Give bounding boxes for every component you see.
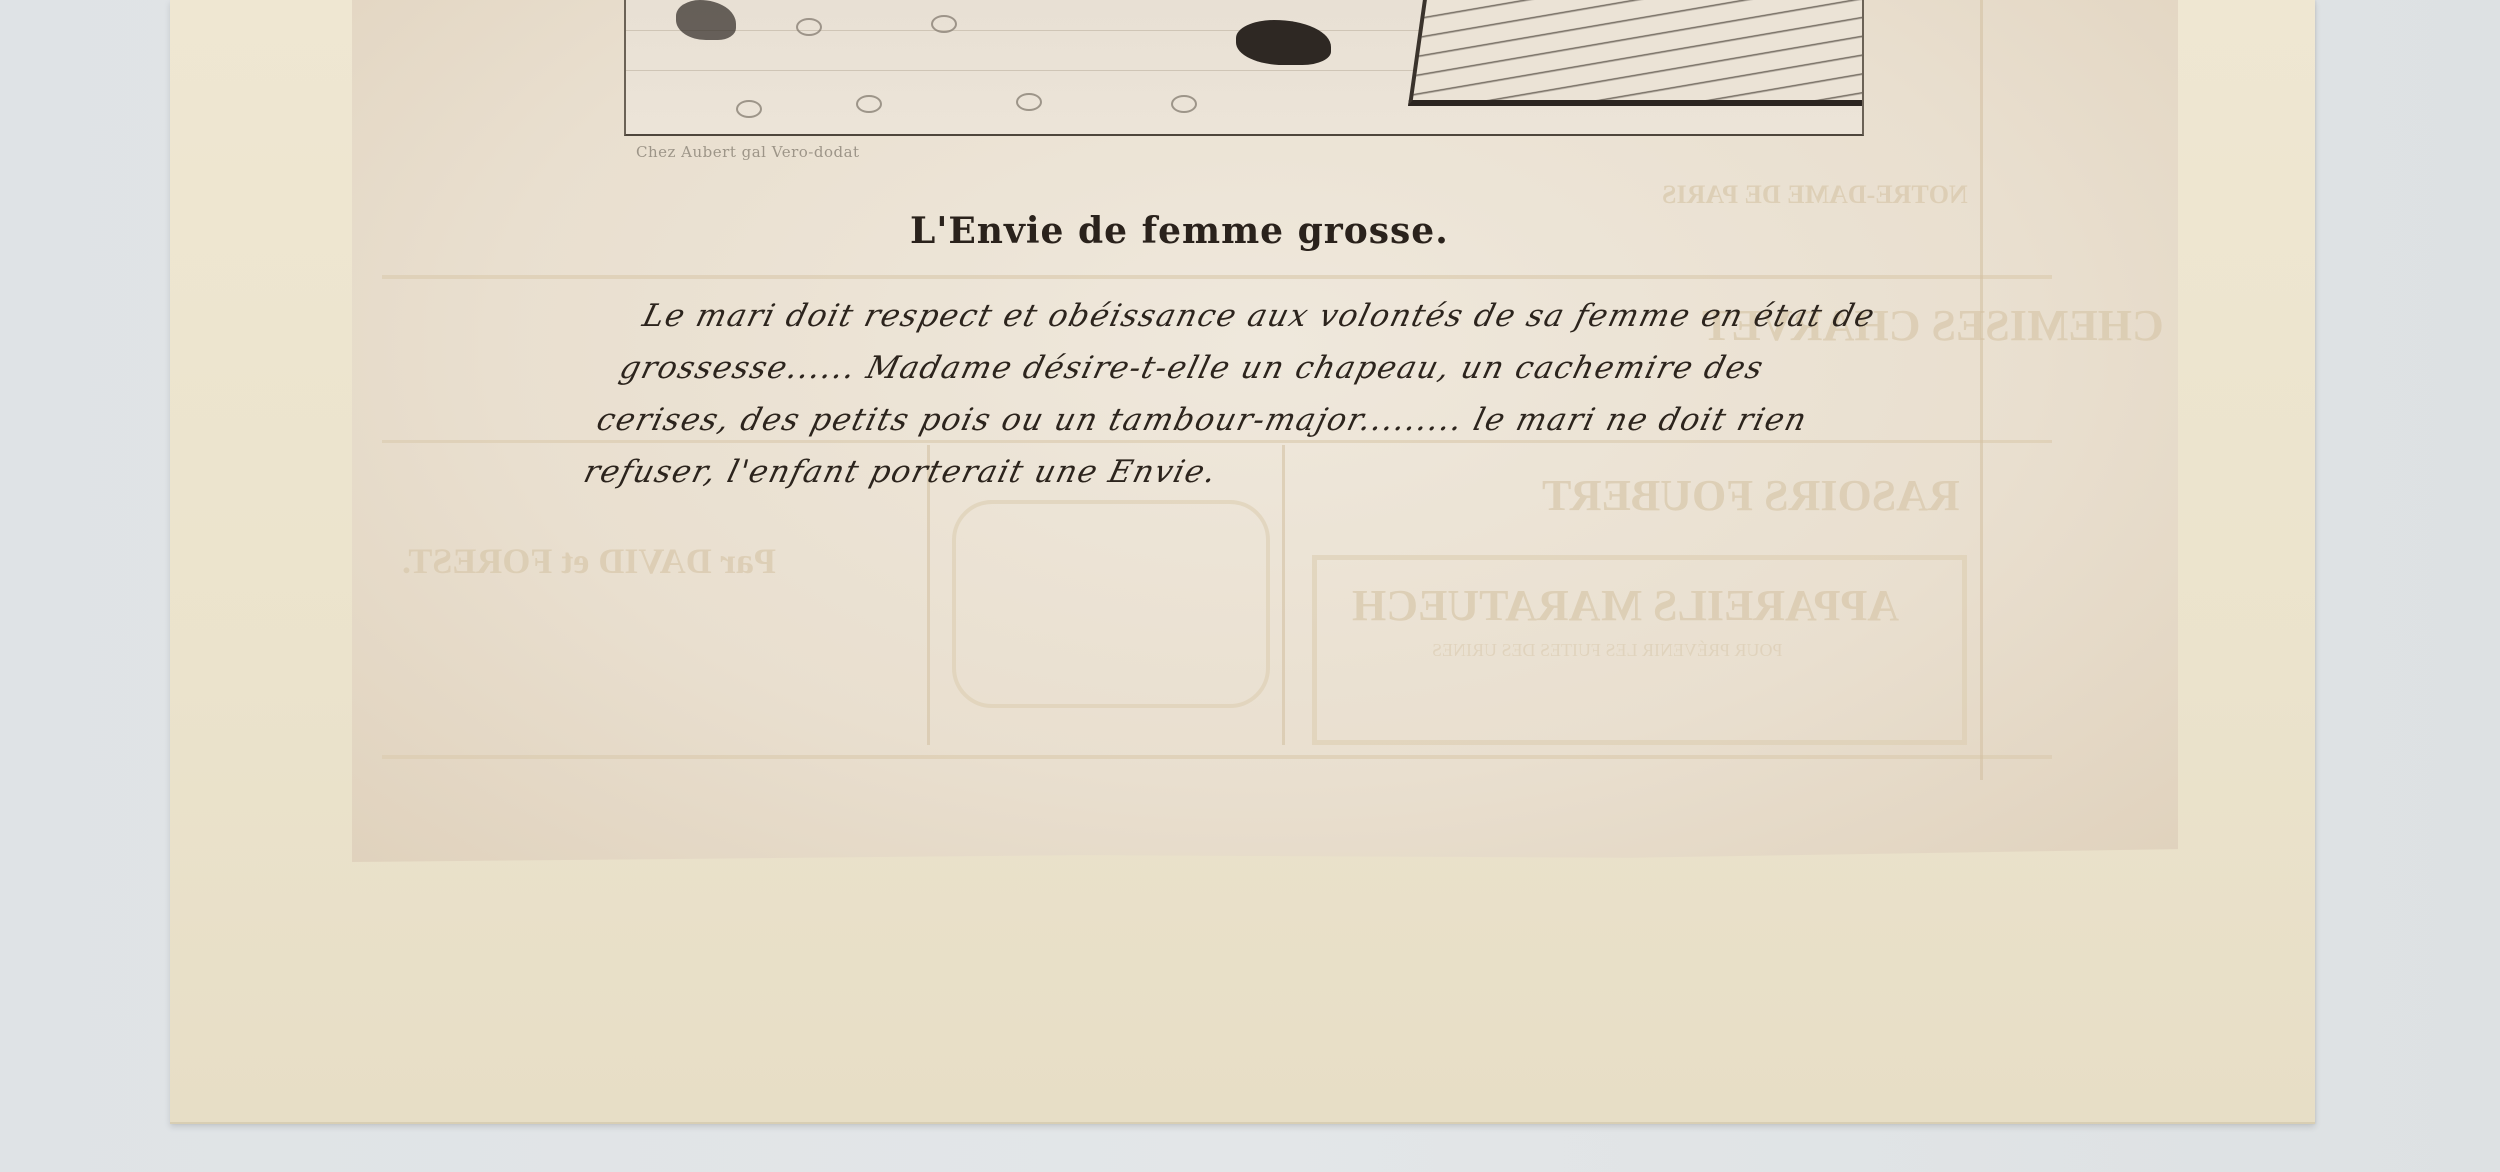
floor-pattern-icon bbox=[931, 15, 957, 33]
shoe-illustration bbox=[676, 0, 736, 40]
bleed-through-text: Par DAVID et FOREST. bbox=[402, 540, 776, 582]
bleed-through-text: NOTRE-DAME DE PARIS bbox=[1662, 180, 1968, 210]
caption-line: Le mari doit respect et obéissance aux v… bbox=[597, 290, 1990, 342]
floor-pattern-icon bbox=[736, 100, 762, 118]
caption-text: Le mari doit respect et obéissance aux v… bbox=[558, 290, 1990, 498]
bleed-through-vline bbox=[1980, 0, 1983, 780]
bleed-through-box bbox=[1312, 555, 1967, 745]
floor-pattern-icon bbox=[856, 95, 882, 113]
caption-line: grossesse...... Madame désire-t-elle un … bbox=[584, 342, 1977, 394]
bed-illustration bbox=[1408, 0, 1864, 106]
caption-line: cerises, des petits pois ou un tambour-m… bbox=[571, 394, 1964, 446]
lithograph-sheet: CHEMISES CHARVET RASOIRS FOUBERT APPAREI… bbox=[352, 0, 2178, 862]
bleed-through-rule bbox=[382, 275, 2052, 279]
caption-line: refuser, l'enfant porterait une Envie. bbox=[558, 446, 1951, 498]
bleed-through-ornament bbox=[952, 500, 1270, 708]
bleed-through-rule bbox=[382, 755, 2052, 759]
floor-pattern-icon bbox=[1171, 95, 1197, 113]
print-title: L'Envie de femme grosse. bbox=[910, 210, 1449, 252]
floor-pattern-icon bbox=[796, 18, 822, 36]
lithograph-image bbox=[624, 0, 1864, 136]
shoe-illustration bbox=[1236, 20, 1331, 65]
publisher-line: Chez Aubert gal Vero-dodat bbox=[636, 143, 860, 161]
floor-pattern-icon bbox=[1016, 93, 1042, 111]
